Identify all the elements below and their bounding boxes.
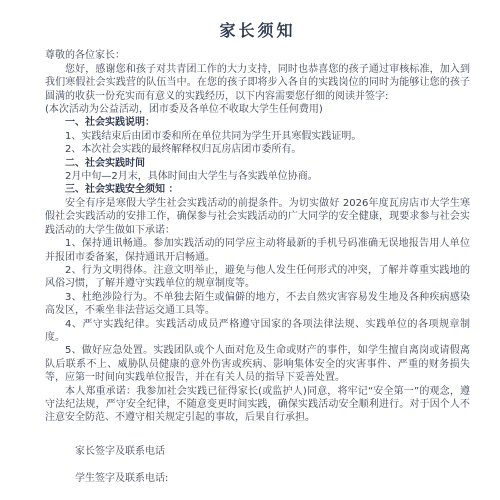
section1-item-2: 2、本次社会实践的最终解释权归瓦房店团市委所有。 [45, 143, 470, 156]
section3-heading: 三、社会实践安全须知 ： [45, 183, 470, 196]
intro-paragraph: 您好，感谢您和孩子对共青团工作的大力支持，同时也恭喜您的孩子通过审核标准，加入到… [45, 63, 470, 103]
parent-signature-line: 家长签字及联系电话 [75, 445, 470, 458]
section3-item-4: 4、严守实践纪律。实践活动成员严格遵守国家的各项法律法规、实践单位的各项规章制度… [45, 318, 470, 345]
section2-heading: 二、社会实践时间 [45, 157, 470, 170]
document-page: 家长须知 尊敬的各位家长： 您好，感谢您和孩子对共青团工作的大力支持，同时也恭喜… [0, 0, 500, 500]
section3-item-5: 5、做好应急处置。实践团队或个人面对危及生命或财产的事件，如学生擅自离岗或请假离… [45, 344, 470, 384]
section1-heading: 一、社会实践说明： [45, 116, 470, 129]
section1-item-1: 1、实践结束后由团市委和所在单位共同为学生开具寒假实践证明。 [45, 130, 470, 143]
section2-body: 2月中旬—2月末，具体时间由大学生与各实践单位协商。 [45, 170, 470, 183]
student-signature-line: 学生签字及联系电话: [75, 472, 470, 485]
page-title: 家长须知 [45, 24, 470, 37]
section3-item-3: 3、杜绝涉险行为。不单独去陌生或偏僻的地方，不去自然灾害容易发生地及各种疾病感染… [45, 291, 470, 318]
section3-item-1: 1、保持通讯畅通。参加实践活动的同学应主动将最新的手机号码准确无误地报告用人单位… [45, 237, 470, 264]
fee-note-line: (本次活动为公益活动，团市委及各单位不收取大学生任何费用) [45, 103, 470, 116]
section3-intro: 安全有序是寒假大学生社会实践活动的前提条件。为切实做好 2026年度瓦房店市大学… [45, 197, 470, 237]
pledge-paragraph: 本人郑重承诺：我参加社会实践已征得家长(或监护人)同意，将牢记“安全第一”的观念… [45, 385, 470, 425]
salutation-line: 尊敬的各位家长： [45, 49, 470, 62]
section3-item-2: 2、行为文明得体。注意文明举止，避免与他人发生任何形式的冲突，了解并尊重实践地的… [45, 264, 470, 291]
